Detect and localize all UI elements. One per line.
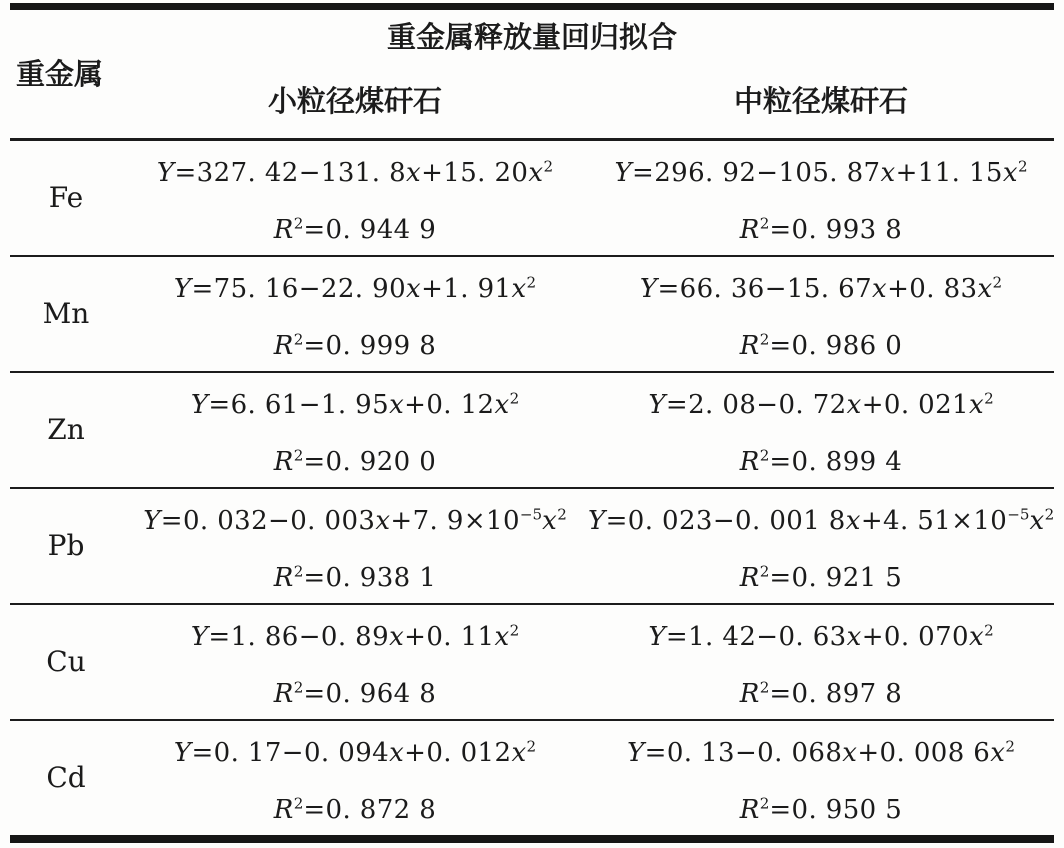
regression-table: 重金属 重金属释放量回归拟合 小粒径煤矸石 中粒径煤矸石 Fe Y=327. 4…: [10, 10, 1054, 835]
table-row-zn-r2: R2=0. 920 0 R2=0. 899 4: [10, 436, 1054, 488]
r2-cell-small: R2=0. 872 8: [122, 784, 588, 835]
metal-label: Cd: [10, 720, 122, 835]
equation-cell-medium: Y=2. 08−0. 72x+0. 021x2: [588, 372, 1054, 436]
equation-cell-medium: Y=0. 13−0. 068x+0. 008 6x2: [588, 720, 1054, 784]
equation-cell-medium: Y=0. 023−0. 001 8x+4. 51×10−5x2: [588, 488, 1054, 552]
r2-cell-small: R2=0. 964 8: [122, 668, 588, 720]
r2-cell-small: R2=0. 920 0: [122, 436, 588, 488]
header-small-gangue: 小粒径煤矸石: [122, 64, 588, 140]
equation-cell-small: Y=1. 86−0. 89x+0. 11x2: [122, 604, 588, 668]
equation-cell-small: Y=6. 61−1. 95x+0. 12x2: [122, 372, 588, 436]
equation-cell-medium: Y=66. 36−15. 67x+0. 83x2: [588, 256, 1054, 320]
table-row-cu-equation: Cu Y=1. 86−0. 89x+0. 11x2 Y=1. 42−0. 63x…: [10, 604, 1054, 668]
r2-cell-small: R2=0. 938 1: [122, 552, 588, 604]
header-medium-gangue: 中粒径煤矸石: [588, 64, 1054, 140]
header-metal: 重金属: [10, 10, 122, 140]
r2-cell-small: R2=0. 999 8: [122, 320, 588, 372]
table-row-cu-r2: R2=0. 964 8 R2=0. 897 8: [10, 668, 1054, 720]
equation-cell-small: Y=327. 42−131. 8x+15. 20x2: [122, 140, 588, 205]
table-row-mn-equation: Mn Y=75. 16−22. 90x+1. 91x2 Y=66. 36−15.…: [10, 256, 1054, 320]
regression-table-sheet: 重金属 重金属释放量回归拟合 小粒径煤矸石 中粒径煤矸石 Fe Y=327. 4…: [10, 3, 1054, 843]
header-row-group: 重金属 重金属释放量回归拟合: [10, 10, 1054, 64]
table-row-zn-equation: Zn Y=6. 61−1. 95x+0. 12x2 Y=2. 08−0. 72x…: [10, 372, 1054, 436]
equation-cell-medium: Y=1. 42−0. 63x+0. 070x2: [588, 604, 1054, 668]
table-row-fe-equation: Fe Y=327. 42−131. 8x+15. 20x2 Y=296. 92−…: [10, 140, 1054, 205]
metal-label: Cu: [10, 604, 122, 720]
r2-cell-medium: R2=0. 921 5: [588, 552, 1054, 604]
table-row-cd-r2: R2=0. 872 8 R2=0. 950 5: [10, 784, 1054, 835]
r2-cell-medium: R2=0. 993 8: [588, 204, 1054, 256]
metal-label: Mn: [10, 256, 122, 372]
table-row-mn-r2: R2=0. 999 8 R2=0. 986 0: [10, 320, 1054, 372]
equation-cell-small: Y=75. 16−22. 90x+1. 91x2: [122, 256, 588, 320]
header-row-subcolumns: 小粒径煤矸石 中粒径煤矸石: [10, 64, 1054, 140]
equation-cell-small: Y=0. 17−0. 094x+0. 012x2: [122, 720, 588, 784]
table-row-pb-r2: R2=0. 938 1 R2=0. 921 5: [10, 552, 1054, 604]
table-row-cd-equation: Cd Y=0. 17−0. 094x+0. 012x2 Y=0. 13−0. 0…: [10, 720, 1054, 784]
equation-cell-medium: Y=296. 92−105. 87x+11. 15x2: [588, 140, 1054, 205]
metal-label: Zn: [10, 372, 122, 488]
r2-cell-medium: R2=0. 950 5: [588, 784, 1054, 835]
r2-cell-small: R2=0. 944 9: [122, 204, 588, 256]
equation-cell-small: Y=0. 032−0. 003x+7. 9×10−5x2: [122, 488, 588, 552]
header-group-title: 重金属释放量回归拟合: [122, 10, 1054, 64]
metal-label: Pb: [10, 488, 122, 604]
r2-cell-medium: R2=0. 899 4: [588, 436, 1054, 488]
table-row-pb-equation: Pb Y=0. 032−0. 003x+7. 9×10−5x2 Y=0. 023…: [10, 488, 1054, 552]
table-body: Fe Y=327. 42−131. 8x+15. 20x2 Y=296. 92−…: [10, 140, 1054, 836]
metal-label: Fe: [10, 140, 122, 257]
r2-cell-medium: R2=0. 897 8: [588, 668, 1054, 720]
table-row-fe-r2: R2=0. 944 9 R2=0. 993 8: [10, 204, 1054, 256]
table-header: 重金属 重金属释放量回归拟合 小粒径煤矸石 中粒径煤矸石: [10, 10, 1054, 140]
r2-cell-medium: R2=0. 986 0: [588, 320, 1054, 372]
